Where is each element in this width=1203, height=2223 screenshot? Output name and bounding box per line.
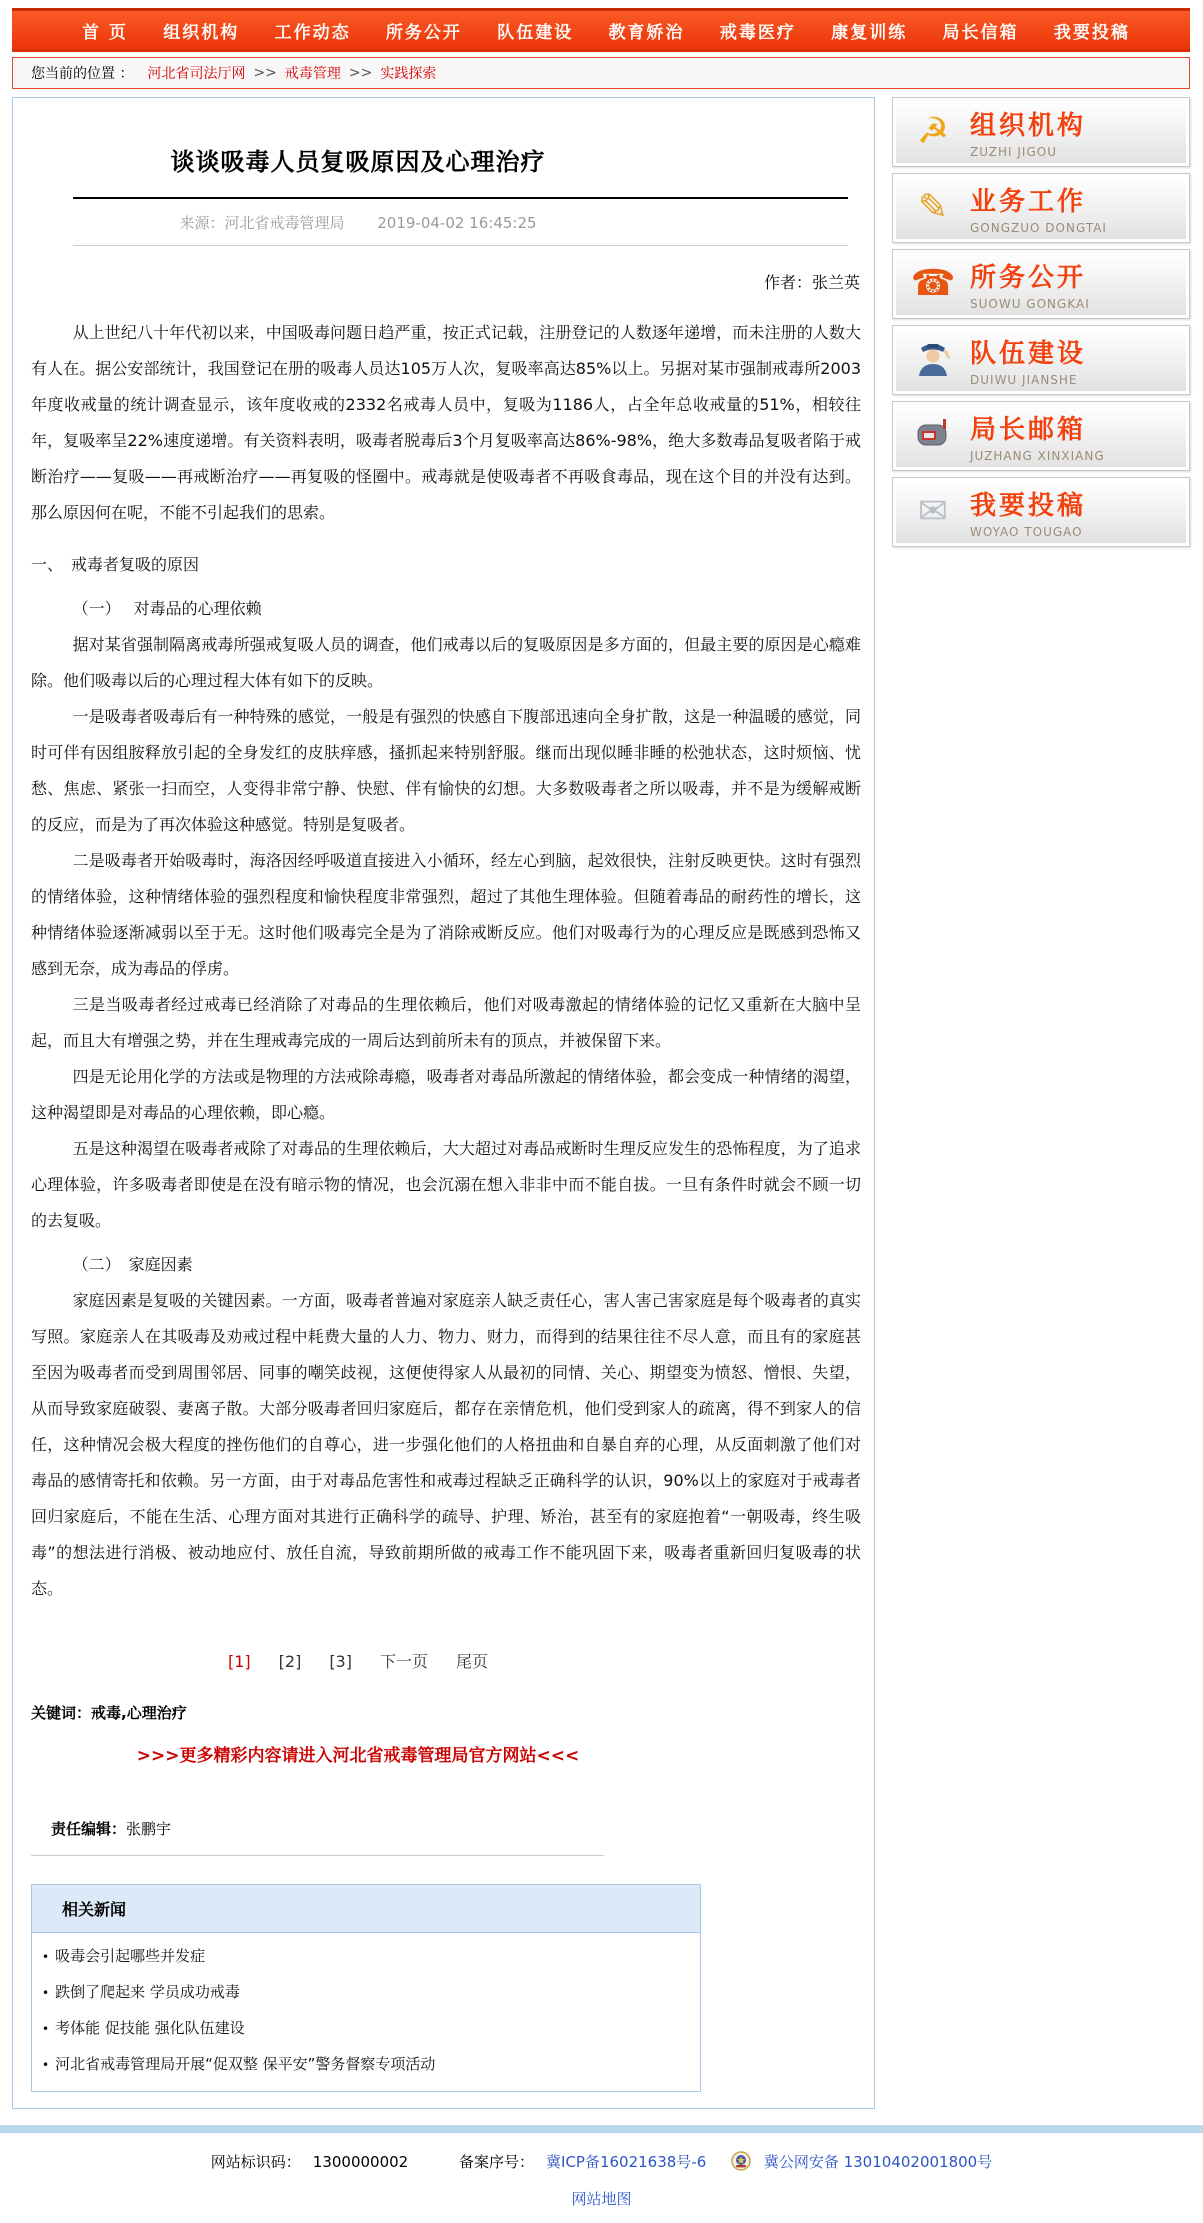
beian-label: 备案序号：: [459, 2153, 534, 2171]
article-paragraph: 一、 戒毒者复吸的原因: [31, 547, 861, 583]
sidebar-button[interactable]: 局长邮箱 JUZHANG XINXIANG: [892, 401, 1190, 471]
nav-item[interactable]: 队伍建设: [497, 18, 573, 43]
nav-item[interactable]: 所务公开: [386, 18, 462, 43]
article-paragraph: 从上世纪八十年代初以来，中国吸毒问题日趋严重，按正式记载，注册登记的人数逐年递增…: [31, 315, 861, 531]
editor-line: 责任编辑：张鹏宇: [51, 1818, 874, 1839]
sidebar-button-pinyin: ZUZHI JIGOU: [970, 145, 1186, 159]
main-area: 谈谈吸毒人员复吸原因及心理治疗 来源：河北省戒毒管理局 2019-04-02 1…: [12, 97, 1190, 2109]
nav-item[interactable]: 局长信箱: [943, 18, 1019, 43]
pagination: [1][2][3]下一页尾页: [13, 1649, 703, 1672]
site-id-label: 网站标识码：: [211, 2153, 301, 2171]
breadcrumb-link-section[interactable]: 戒毒管理: [285, 63, 341, 83]
sidebar-button[interactable]: 队伍建设 DUIWU JIANSHE: [892, 325, 1190, 395]
sidebar-button-label: 所务公开: [970, 257, 1186, 294]
sidebar-button-label: 业务工作: [970, 181, 1186, 218]
article-paragraph: （二） 家庭因素: [31, 1247, 861, 1283]
breadcrumb-separator: >>: [253, 65, 276, 81]
footer-line1: 网站标识码：1300000002 备案序号：冀ICP备16021638号-6 冀…: [0, 2151, 1203, 2172]
article-panel: 谈谈吸毒人员复吸原因及心理治疗 来源：河北省戒毒管理局 2019-04-02 1…: [12, 97, 875, 2109]
sidebar-button-pinyin: JUZHANG XINXIANG: [970, 449, 1186, 463]
sidebar-button-text: 局长邮箱 JUZHANG XINXIANG: [970, 409, 1186, 463]
related-news-title: 相关新闻: [32, 1885, 700, 1933]
bullet-icon: •: [42, 1986, 49, 2000]
sidebar-button[interactable]: ✉ 我要投稿 WOYAO TOUGAO: [892, 477, 1190, 547]
article-paragraph: 三是当吸毒者经过戒毒已经消除了对毒品的生理依赖后，他们对吸毒激起的情绪体验的记忆…: [31, 987, 861, 1059]
icp-link[interactable]: 冀ICP备16021638号-6: [546, 2153, 706, 2171]
nav-item[interactable]: 教育矫治: [609, 18, 685, 43]
sidebar-button-inner: 局长邮箱 JUZHANG XINXIANG: [896, 405, 1186, 467]
sidebar-button-label: 我要投稿: [970, 485, 1186, 522]
breadcrumb-label: 您当前的位置 ：: [31, 63, 133, 83]
official-site-link[interactable]: >>>更多精彩内容请进入河北省戒毒管理局官方网站<<<: [13, 1741, 703, 1766]
article-author: 作者：张兰英: [13, 270, 874, 293]
sidebar-button-label: 队伍建设: [970, 333, 1186, 370]
pagination-item[interactable]: 尾页: [456, 1652, 488, 1671]
nav-item[interactable]: 我要投稿: [1054, 18, 1130, 43]
phone-icon: ☎: [896, 266, 970, 302]
site-id-value: 1300000002: [313, 2153, 408, 2171]
article-paragraph: （一） 对毒品的心理依赖: [31, 591, 861, 627]
related-news-text: 跌倒了爬起来 学员成功戒毒: [55, 1983, 240, 2001]
sitemap-link[interactable]: 网站地图: [571, 2190, 631, 2208]
mailbox-icon: [896, 413, 970, 460]
keywords-line: 关键词：戒毒,心理治疗: [31, 1702, 874, 1723]
sidebar-button-text: 队伍建设 DUIWU JIANSHE: [970, 333, 1186, 387]
article-source-line: 来源：河北省戒毒管理局 2019-04-02 16:45:25: [13, 212, 703, 233]
sidebar-button-pinyin: WOYAO TOUGAO: [970, 525, 1186, 539]
footer: 网站标识码：1300000002 备案序号：冀ICP备16021638号-6 冀…: [0, 2125, 1203, 2223]
editor-name: 张鹏宇: [126, 1820, 171, 1838]
related-news-text: 考体能 促技能 强化队伍建设: [55, 2019, 245, 2037]
related-news-item[interactable]: •河北省戒毒管理局开展“促双整 保平安”警务督察专项活动: [42, 2047, 700, 2083]
sidebar-button-text: 所务公开 SUOWU GONGKAI: [970, 257, 1186, 311]
top-margin: [0, 0, 1203, 8]
sidebar-button-pinyin: SUOWU GONGKAI: [970, 297, 1186, 311]
article-paragraph: 五是这种渴望在吸毒者戒除了对毒品的生理依赖后，大大超过对毒品戒断时生理反应发生的…: [31, 1131, 861, 1239]
envelope-icon: ✉: [896, 494, 970, 530]
sidebar-button-label: 局长邮箱: [970, 409, 1186, 446]
sidebar-button-pinyin: GONGZUO DONGTAI: [970, 221, 1186, 235]
source-divider: [73, 245, 848, 246]
article-body: 从上世纪八十年代初以来，中国吸毒问题日趋严重，按正式记载，注册登记的人数逐年递增…: [13, 293, 874, 1607]
footer-divider-band: [0, 2125, 1203, 2133]
nav-item[interactable]: 组织机构: [163, 18, 239, 43]
pagination-item[interactable]: [2]: [279, 1652, 302, 1671]
bullet-icon: •: [42, 2022, 49, 2036]
article-paragraph: 四是无论用化学的方法或是物理的方法戒除毒瘾，吸毒者对毒品所激起的情绪体验，都会变…: [31, 1059, 861, 1131]
gongan-badge-icon: [731, 2151, 751, 2171]
nav-item[interactable]: 戒毒医疗: [720, 18, 796, 43]
bullet-icon: •: [42, 1950, 49, 1964]
editor-divider: [31, 1855, 604, 1856]
related-news-item[interactable]: •考体能 促技能 强化队伍建设: [42, 2011, 700, 2047]
related-news-box: 相关新闻 •吸毒会引起哪些并发症•跌倒了爬起来 学员成功戒毒•考体能 促技能 强…: [31, 1884, 701, 2092]
top-nav-bar: 首 页组织机构工作动态所务公开队伍建设教育矫治戒毒医疗康复训练局长信箱我要投稿: [12, 8, 1190, 52]
sidebar-button[interactable]: ☎ 所务公开 SUOWU GONGKAI: [892, 249, 1190, 319]
nav-item[interactable]: 首 页: [82, 18, 128, 43]
page-title: 谈谈吸毒人员复吸原因及心理治疗: [13, 142, 703, 177]
gongan-link[interactable]: 冀公网安备 13010402001800号: [764, 2153, 992, 2171]
sidebar-button-text: 组织机构 ZUZHI JIGOU: [970, 105, 1186, 159]
related-news-text: 吸毒会引起哪些并发症: [55, 1947, 205, 1965]
nav-item[interactable]: 康复训练: [831, 18, 907, 43]
sidebar-button-inner: ✎ 业务工作 GONGZUO DONGTAI: [896, 177, 1186, 239]
nav-item[interactable]: 工作动态: [275, 18, 351, 43]
sidebar-button-label: 组织机构: [970, 105, 1186, 142]
footer-content: 网站标识码：1300000002 备案序号：冀ICP备16021638号-6 冀…: [0, 2133, 1203, 2223]
policeman-icon: [896, 336, 970, 385]
title-divider: [73, 197, 848, 199]
source-label: 来源：河北省戒毒管理局: [179, 214, 344, 232]
article-paragraph: 一是吸毒者吸毒后有一种特殊的感觉，一般是有强烈的快感自下腹部迅速向全身扩散，这是…: [31, 699, 861, 843]
editor-label: 责任编辑：: [51, 1820, 126, 1838]
sidebar-button-inner: ☭ 组织机构 ZUZHI JIGOU: [896, 101, 1186, 163]
related-news-item[interactable]: •跌倒了爬起来 学员成功戒毒: [42, 1975, 700, 2011]
pagination-item[interactable]: [1]: [228, 1652, 251, 1671]
article-paragraph: 据对某省强制隔离戒毒所强戒复吸人员的调查，他们戒毒以后的复吸原因是多方面的，但最…: [31, 627, 861, 699]
sidebar-button-inner: ☎ 所务公开 SUOWU GONGKAI: [896, 253, 1186, 315]
pagination-item[interactable]: [3]: [329, 1652, 352, 1671]
footer-line2: 网站地图: [0, 2188, 1203, 2223]
pencil-notepad-icon: ✎: [896, 190, 970, 226]
sidebar-button-text: 我要投稿 WOYAO TOUGAO: [970, 485, 1186, 539]
breadcrumb-link-site[interactable]: 河北省司法厅网: [147, 63, 245, 83]
related-news-text: 河北省戒毒管理局开展“促双整 保平安”警务督察专项活动: [55, 2055, 435, 2073]
pagination-item[interactable]: 下一页: [380, 1652, 428, 1671]
article-paragraph: 二是吸毒者开始吸毒时，海洛因经呼吸道直接进入小循环，经左心到脑，起效很快，注射反…: [31, 843, 861, 987]
sidebar-button[interactable]: ☭ 组织机构 ZUZHI JIGOU: [892, 97, 1190, 167]
sidebar-button-inner: ✉ 我要投稿 WOYAO TOUGAO: [896, 481, 1186, 543]
sidebar-button-inner: 队伍建设 DUIWU JIANSHE: [896, 329, 1186, 391]
related-news-list: •吸毒会引起哪些并发症•跌倒了爬起来 学员成功戒毒•考体能 促技能 强化队伍建设…: [32, 1933, 700, 2091]
sidebar: ☭ 组织机构 ZUZHI JIGOU ✎ 业务工作 GONGZUO DONGTA…: [892, 97, 1190, 553]
article-paragraph: 家庭因素是复吸的关键因素。一方面，吸毒者普遍对家庭亲人缺乏责任心，害人害己害家庭…: [31, 1283, 861, 1607]
party-emblem-icon: ☭: [896, 114, 970, 150]
sidebar-button-text: 业务工作 GONGZUO DONGTAI: [970, 181, 1186, 235]
breadcrumb: 您当前的位置 ： 河北省司法厅网 >> 戒毒管理 >> 实践探索: [12, 57, 1190, 89]
breadcrumb-link-current[interactable]: 实践探索: [380, 63, 436, 83]
sidebar-button-pinyin: DUIWU JIANSHE: [970, 373, 1186, 387]
related-news-item[interactable]: •吸毒会引起哪些并发症: [42, 1939, 700, 1975]
sidebar-button[interactable]: ✎ 业务工作 GONGZUO DONGTAI: [892, 173, 1190, 243]
bullet-icon: •: [42, 2058, 49, 2072]
breadcrumb-separator: >>: [349, 65, 372, 81]
publish-datetime: 2019-04-02 16:45:25: [377, 214, 536, 232]
